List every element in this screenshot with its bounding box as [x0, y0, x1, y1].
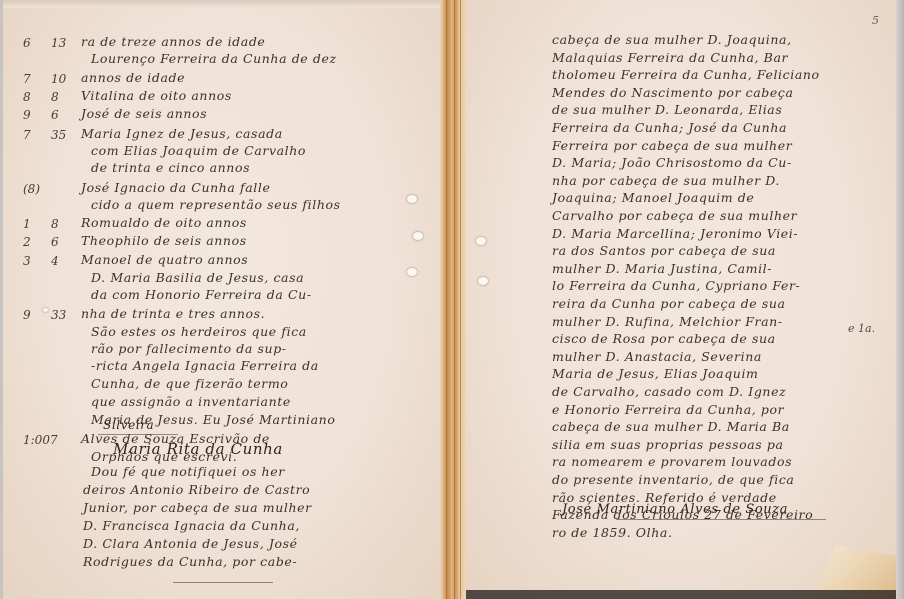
paper-hole — [478, 277, 488, 285]
notification-line: deiros Antonio Ribeiro de Castro — [83, 482, 310, 497]
manuscript-line: Vitalina de oito annos — [81, 88, 232, 103]
notification-line: Junior, por cabeça de sua mulher — [83, 500, 312, 515]
manuscript-line: mulher D. Rufina, Melchior Fran- — [552, 314, 783, 329]
manuscript-line: silia em suas proprias pessoas pa — [552, 437, 784, 452]
manuscript-line: de trinta e cinco annos — [91, 160, 250, 175]
right-page: 5 cabeça de sua mulher D. Joaquina,Malaq… — [466, 0, 896, 599]
heir-index: (8) — [23, 182, 40, 196]
manuscript-line: mulher D. Maria Justina, Camil- — [552, 261, 772, 276]
manuscript-line: Maria de Jesus, Elias Joaquim — [552, 366, 759, 381]
gutter-line — [460, 0, 461, 599]
manuscript-line: Manoel de quatro annos — [81, 252, 248, 267]
signature-escrivao: José Martiniano Alves de Souza — [562, 502, 788, 517]
paper-hole — [476, 237, 486, 245]
heir-age: 13 — [51, 36, 66, 50]
bottom-shadow — [466, 590, 896, 599]
manuscript-line: de Carvalho, casado com D. Ignez — [552, 384, 786, 399]
book-gutter — [440, 0, 466, 599]
manuscript-line: rão por fallecimento da sup- — [91, 341, 287, 356]
signature-underline — [616, 519, 826, 520]
notification-line: D. Clara Antonia de Jesus, José — [83, 536, 298, 551]
manuscript-line: tholomeu Ferreira da Cunha, Feliciano — [552, 67, 820, 82]
manuscript-line: ro de 1859. Olha. — [552, 525, 673, 540]
manuscript-line: do presente inventario, de que fica — [552, 472, 794, 487]
heir-age: 6 — [51, 108, 59, 122]
page-top-shadow — [3, 0, 440, 8]
heir-index: 3 — [23, 254, 31, 268]
paper-hole — [407, 268, 417, 276]
manuscript-line: com Elias Joaquim de Carvalho — [91, 143, 306, 158]
manuscript-line: cisco de Rosa por cabeça de sua — [552, 331, 776, 346]
manuscript-line: Mendes do Nascimento por cabeça — [552, 85, 794, 100]
signature-underline — [98, 434, 178, 435]
manuscript-line: mulher D. Anastacia, Severina — [552, 349, 762, 364]
manuscript-line: Joaquina; Manoel Joaquim de — [552, 190, 754, 205]
manuscript-line: cabeça de sua mulher D. Joaquina, — [552, 32, 792, 47]
heir-age: 10 — [51, 72, 66, 86]
paper-hole — [413, 232, 423, 240]
manuscript-line: Malaquias Ferreira da Cunha, Bar — [552, 50, 788, 65]
manuscript-line: lo Ferreira da Cunha, Cypriano Fer- — [552, 278, 800, 293]
manuscript-line: ra dos Santos por cabeça de sua — [552, 243, 776, 258]
heir-index: 9 — [23, 308, 31, 322]
manuscript-line: D. Maria Marcellina; Jeronimo Viei- — [552, 226, 798, 241]
manuscript-line: cido a quem representão seus filhos — [91, 197, 341, 212]
margin-note: e 1a. — [848, 322, 875, 335]
heir-age: 6 — [51, 235, 59, 249]
manuscript-line: Cunha, de que fizerão termo — [91, 376, 288, 391]
page-number: 5 — [872, 14, 879, 27]
heir-index: 1 — [23, 217, 31, 231]
manuscript-line: D. Maria Basilia de Jesus, casa — [91, 270, 304, 285]
heir-index: 9 — [23, 108, 31, 122]
manuscript-line: José de seis annos — [81, 106, 207, 121]
text-underline — [173, 582, 273, 583]
gutter-line — [446, 0, 447, 599]
manuscript-line: D. Maria; João Chrisostomo da Cu- — [552, 155, 792, 170]
manuscript-line: São estes os herdeiros que fica — [91, 324, 307, 339]
manuscript-line: Ferreira por cabeça de sua mulher — [552, 138, 792, 153]
heir-age: 8 — [51, 90, 59, 104]
heir-index: 7 — [23, 128, 31, 142]
manuscript-line: que assignão a inventariante — [91, 394, 291, 409]
manuscript-line: nha de trinta e tres annos. — [81, 306, 265, 321]
manuscript-line: Lourenço Ferreira da Cunha de dez — [91, 51, 337, 66]
left-page: 613ra de treze annos de idadeLourenço Fe… — [0, 0, 440, 599]
heir-index: 8 — [23, 90, 31, 104]
manuscript-line: Theophilo de seis annos — [81, 233, 247, 248]
heir-index: 6 — [23, 36, 31, 50]
manuscript-line: Carvalho por cabeça de sua mulher — [552, 208, 797, 223]
manuscript-line: ra nomearem e provarem louvados — [552, 454, 792, 469]
heir-age: 8 — [51, 217, 59, 231]
notification-line: D. Francisca Ignacia da Cunha, — [83, 518, 300, 533]
manuscript-spread: 613ra de treze annos de idadeLourenço Fe… — [0, 0, 904, 599]
heir-index: 2 — [23, 235, 31, 249]
heir-age: 33 — [51, 308, 66, 322]
manuscript-line: Maria Ignez de Jesus, casada — [81, 126, 283, 141]
manuscript-line: de sua mulher D. Leonarda, Elias — [552, 102, 782, 117]
manuscript-line: Romualdo de oito annos — [81, 215, 247, 230]
manuscript-line: annos de idade — [81, 70, 185, 85]
signature-witness: Silveira — [103, 418, 154, 432]
heir-index: 7 — [23, 72, 31, 86]
signature-inventariante: Maria Rita da Cunha — [113, 440, 283, 458]
manuscript-line: Ferreira da Cunha; José da Cunha — [552, 120, 787, 135]
heir-age: 4 — [51, 254, 59, 268]
manuscript-line: cabeça de sua mulher D. Maria Ba — [552, 419, 790, 434]
manuscript-line: da com Honorio Ferreira da Cu- — [91, 287, 312, 302]
manuscript-line: ra de treze annos de idade — [81, 34, 265, 49]
manuscript-line: nha por cabeça de sua mulher D. — [552, 173, 780, 188]
heir-age: 35 — [51, 128, 66, 142]
manuscript-line: -ricta Angela Ignacia Ferreira da — [91, 358, 319, 373]
manuscript-line: e Honorio Ferreira da Cunha, por — [552, 402, 784, 417]
notification-line: Rodrigues da Cunha, por cabe- — [83, 554, 297, 569]
notification-line: Dou fé que notifiquei os her — [91, 464, 285, 479]
manuscript-line: reira da Cunha por cabeça de sua — [552, 296, 786, 311]
paper-hole — [407, 195, 417, 203]
paper-hole — [43, 308, 48, 312]
manuscript-line: José Ignacio da Cunha falle — [81, 180, 271, 195]
heir-index: 1:007 — [23, 433, 58, 447]
gutter-line — [454, 0, 455, 599]
page-edge — [896, 0, 904, 599]
